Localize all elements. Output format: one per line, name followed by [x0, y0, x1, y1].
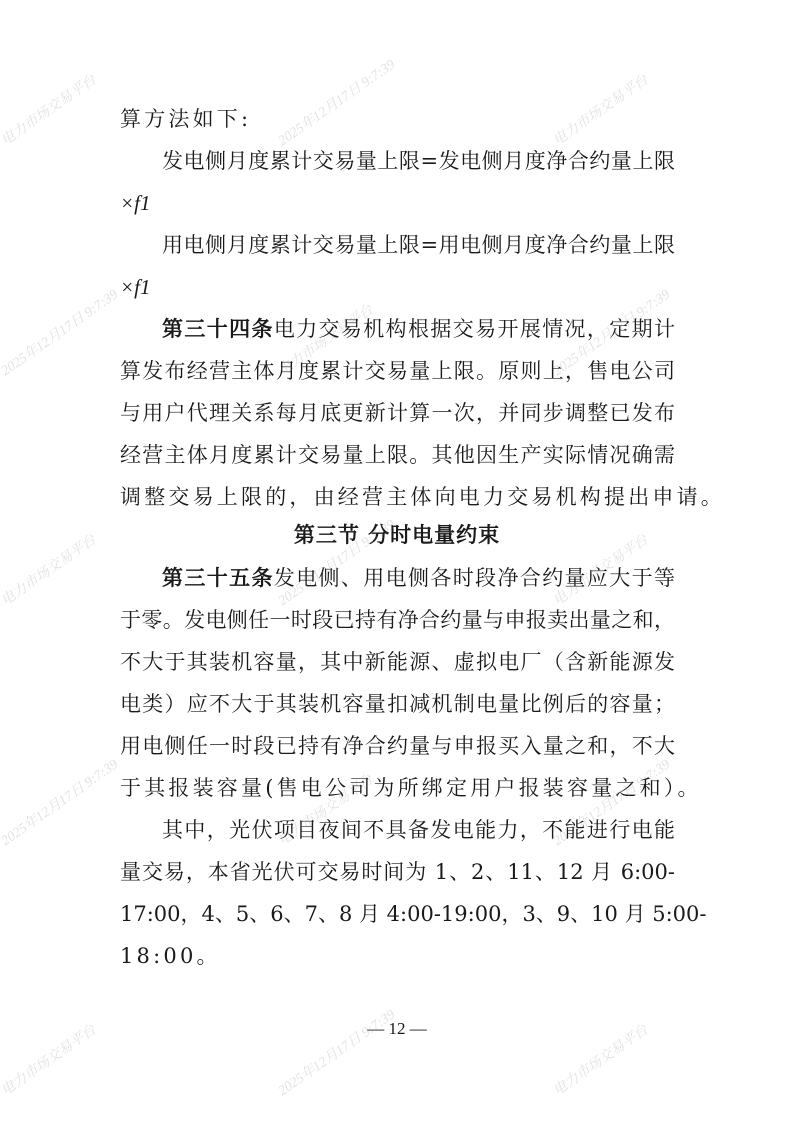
pv-paragraph-line: 其中，光伏项目夜间不具备发电能力，不能进行电能: [162, 815, 675, 845]
article-35-line: 用电侧任一时段已持有净合约量与申报买入量之和，不大: [120, 731, 675, 761]
article-35-line: 不大于其装机容量，其中新能源、虚拟电厂（含新能源发: [120, 647, 675, 677]
article-35-line: 于零。发电侧任一时段已持有净合约量与申报卖出量之和，: [120, 605, 675, 635]
article-34-line: 调整交易上限的，由经营主体向电力交易机构提出申请。: [120, 482, 675, 512]
formula-multiplier: ×f1: [120, 188, 675, 218]
pv-paragraph-line: 量交易，本省光伏可交易时间为 1、2、11、12 月 6:00-: [120, 857, 675, 887]
article-35-label: 第三十五条: [162, 565, 274, 590]
formula-multiplier: ×f1: [120, 272, 675, 302]
document-page: 算方法如下: 发电侧月度累计交易量上限=发电侧月度净合约量上限 ×f1 用电侧月…: [0, 0, 794, 1123]
article-34-first-line: 第三十四条电力交易机构根据交易开展情况，定期计: [162, 314, 675, 344]
formula-generation-line: 发电侧月度累计交易量上限=发电侧月度净合约量上限: [162, 146, 675, 176]
article-35-first-line: 第三十五条发电侧、用电侧各时段净合约量应大于等: [162, 563, 675, 593]
article-35-line: 电类）应不大于其装机容量扣减机制电量比例后的容量；: [120, 689, 675, 719]
section-heading: 第三节 分时电量约束: [0, 520, 794, 550]
article-34-label: 第三十四条: [162, 316, 274, 341]
formula-consumption-line: 用电侧月度累计交易量上限=用电侧月度净合约量上限: [162, 230, 675, 260]
article-34-line: 经营主体月度累计交易量上限。其他因生产实际情况确需: [120, 440, 675, 470]
pv-paragraph-line: 18:00。: [120, 941, 675, 971]
article-34-line: 算发布经营主体月度累计交易量上限。原则上，售电公司: [120, 356, 675, 386]
paragraph-line: 算方法如下:: [120, 104, 675, 134]
pv-paragraph-line: 17:00，4、5、6、7、8 月 4:00-19:00，3、9、10 月 5:…: [120, 899, 675, 929]
article-34-line: 与用户代理关系每月底更新计算一次，并同步调整已发布: [120, 398, 675, 428]
article-35-line: 于其报装容量(售电公司为所绑定用户报装容量之和）。: [120, 773, 675, 803]
page-number: — 12 —: [0, 1018, 794, 1040]
